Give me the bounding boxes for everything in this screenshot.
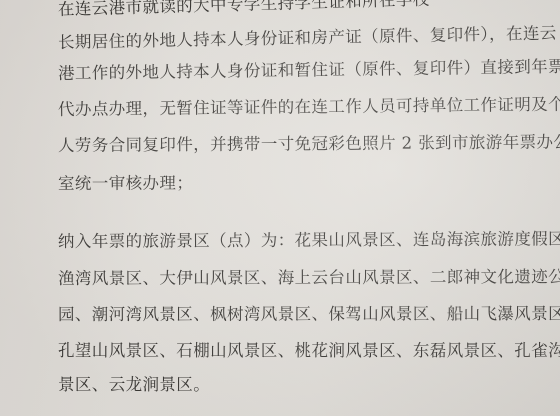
text-line: 在连云港市就读的大中专学生持学生证和所在学校 [58, 0, 430, 20]
text-line: 室统一审核办理； [58, 174, 193, 194]
text-line: 人劳务合同复印件，并携带一寸免冠彩色照片 2 张到市旅游年票办公 [58, 132, 560, 156]
document-photo: 在连云港市就读的大中专学生持学生证和所在学校 长期居住的外地人持本人身份证和房产… [0, 0, 560, 416]
text-line: 长期居住的外地人持本人身份证和房产证（原件、复印件），在连云 [58, 23, 557, 53]
text-line: 代办点办理，无暂住证等证件的在连工作人员可持单位工作证明及个 [58, 95, 560, 120]
text-line: 景区、云龙涧景区。 [58, 375, 210, 395]
text-line: 孔望山风景区、石棚山风景区、桃花涧风景区、东磊风景区、孔雀沟 [58, 341, 560, 361]
text-line: 园、潮河湾风景区、枫树湾风景区、保驾山风景区、船山飞瀑风景区、 [58, 304, 560, 325]
text-line: 渔湾风景区、大伊山风景区、海上云台山风景区、二郎神文化遗迹公 [58, 267, 560, 289]
text-line: 港工作的外地人持本人身份证和暂住证（原件、复印件）直接到年票 [58, 57, 560, 84]
text-line: 纳入年票的旅游景区（点）为：花果山风景区、连岛海滨旅游度假区、 [58, 229, 560, 252]
